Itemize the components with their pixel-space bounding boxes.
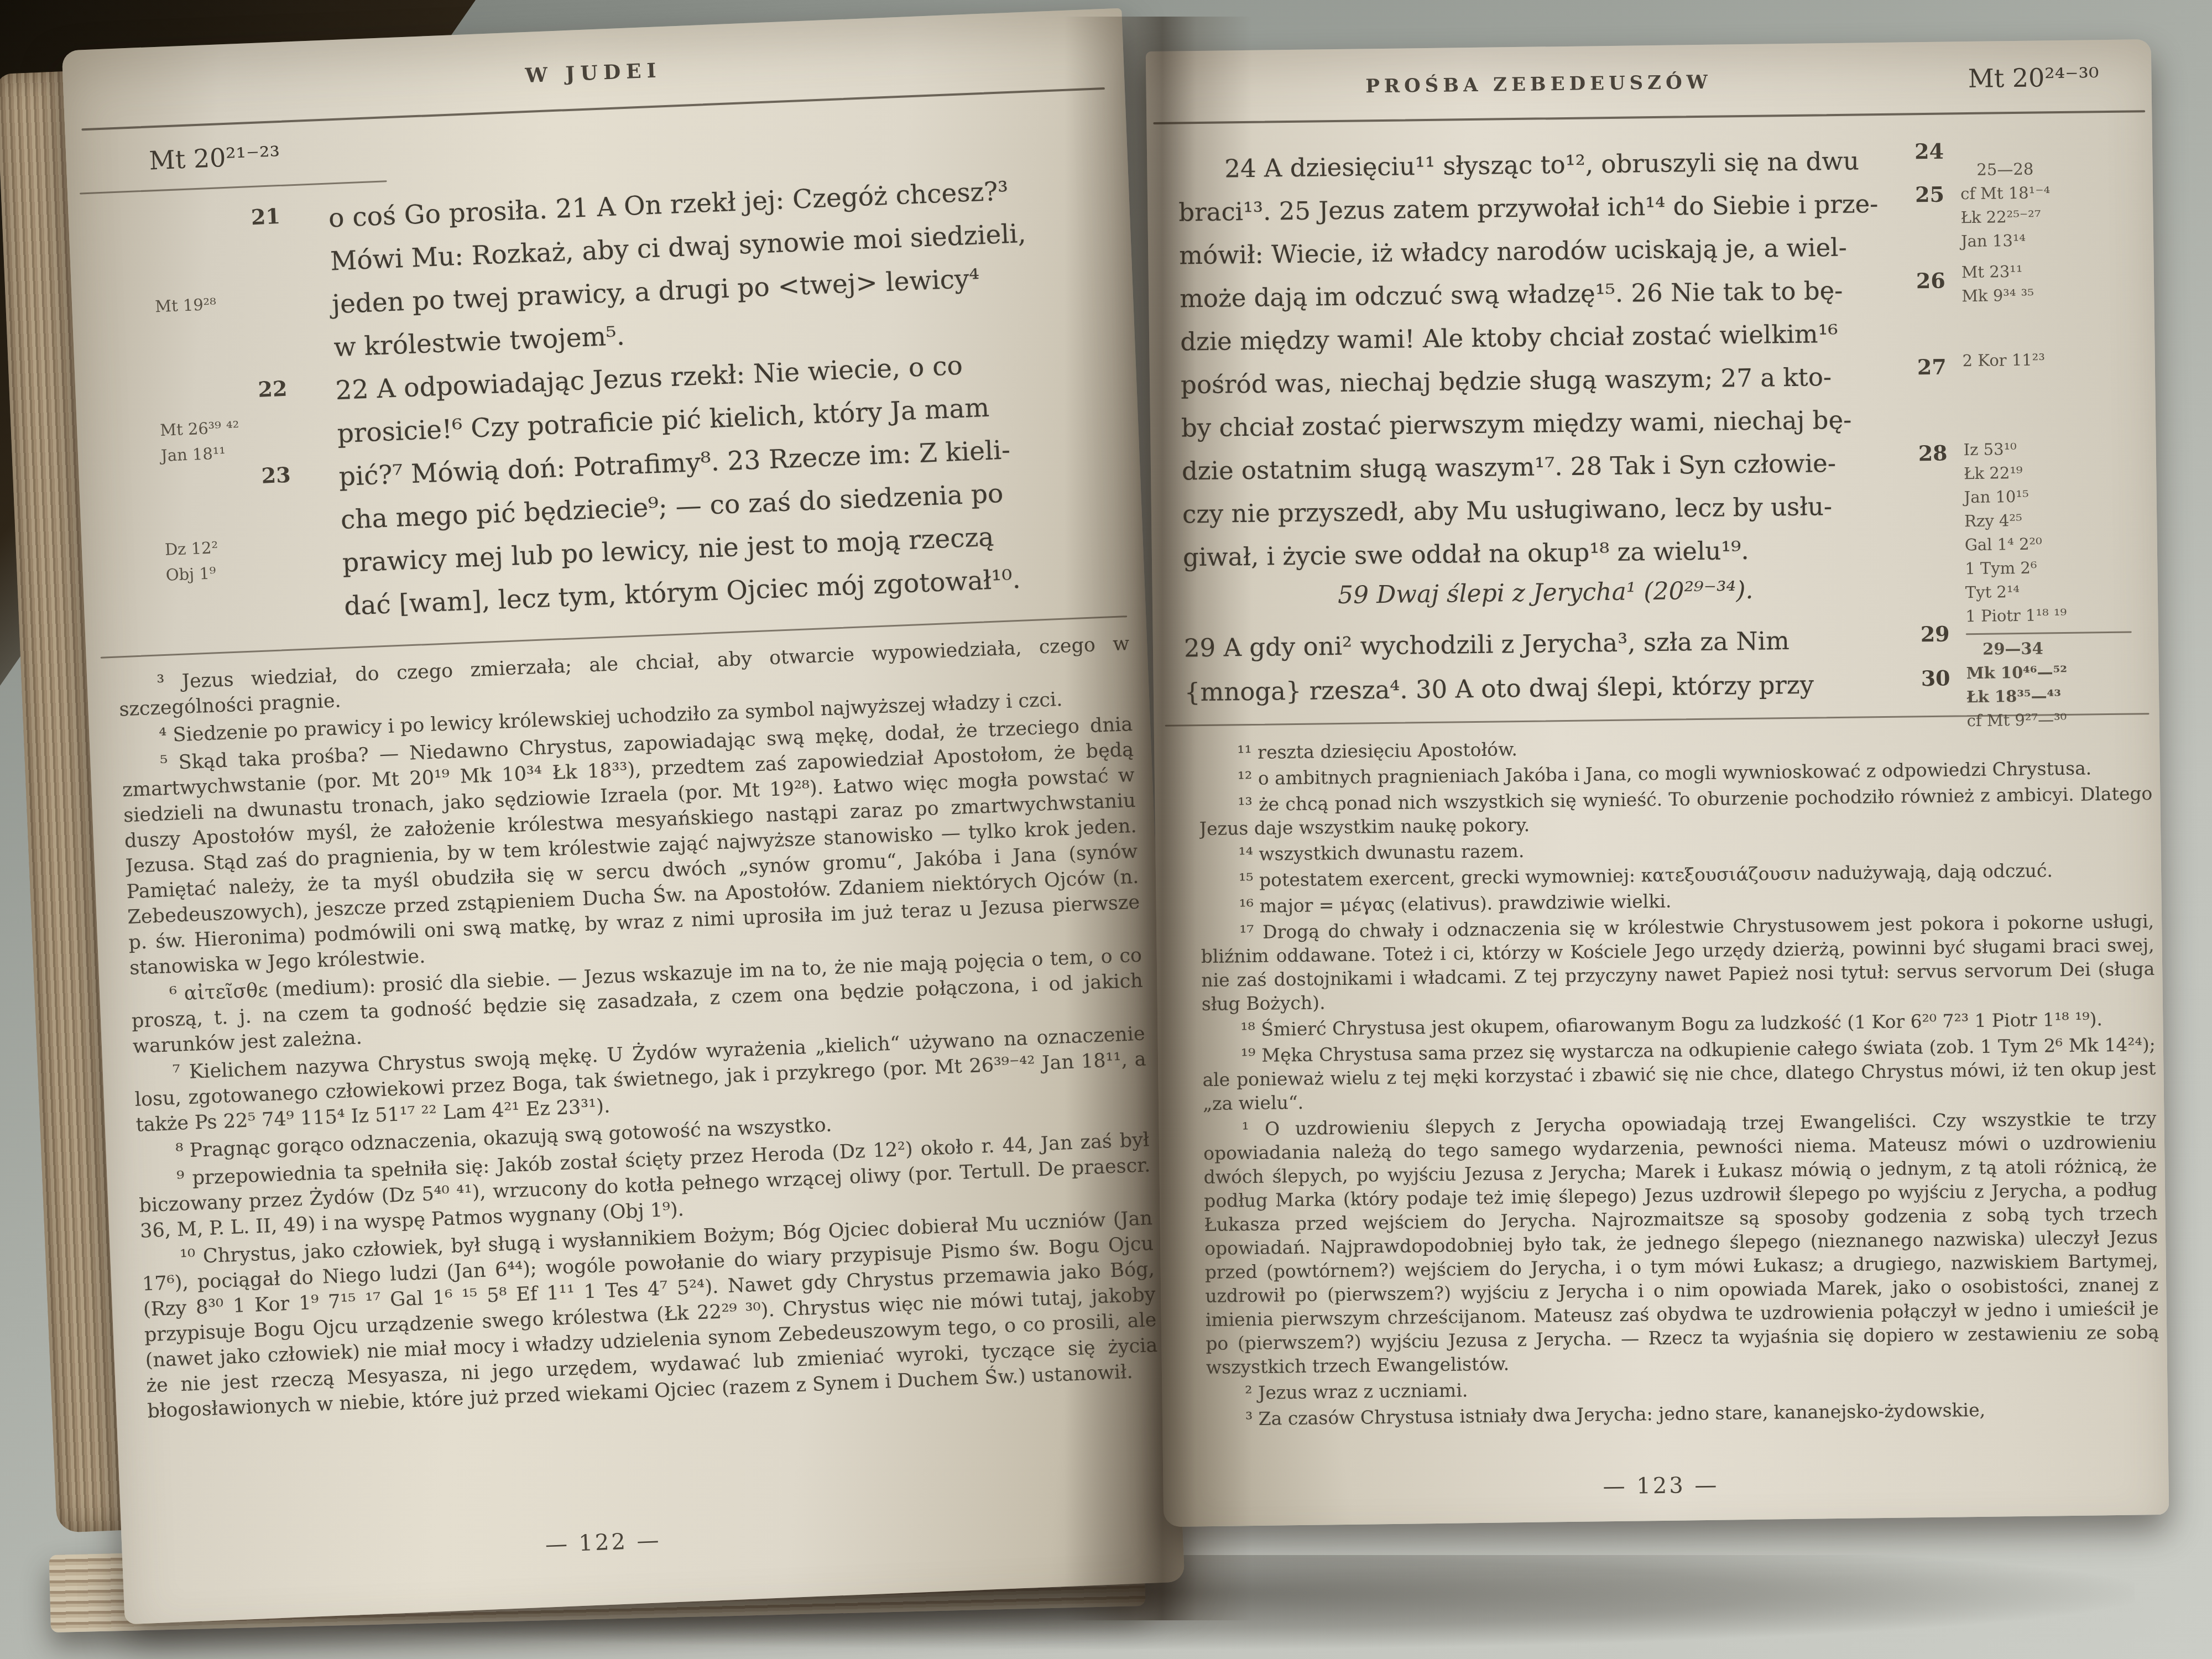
right-header-rule: [1153, 110, 2145, 124]
margin-ref-1tym2: 1 Tym 2⁶: [1965, 559, 2037, 578]
left-page-number: — 122 —: [382, 1521, 825, 1564]
margin-ref-jan10: Jan 10¹⁵: [1964, 487, 2029, 507]
left-verse-text: o coś Go prosiła. 21 A On rzekł jej: Cze…: [328, 166, 1130, 628]
margin-ref-mk10: Mk 10⁴⁶—⁵²: [1966, 662, 2067, 682]
margin-ref-rzy4: Rzy 4²⁵: [1964, 511, 2022, 530]
margin-verse-28: 28: [1918, 441, 1947, 466]
margin-ref-dz12: Dz 12²: [164, 538, 218, 559]
left-page: W JUDEI Mt 20²¹⁻²³ 21 Mt 19²⁸ 22 Mt 26³⁹…: [62, 8, 1185, 1625]
margin-ref-tyt2: Tyt 2¹⁴: [1965, 582, 2020, 602]
footnote-13: ¹³ że chcą ponad nich wszystkich się wyn…: [1199, 781, 2153, 841]
margin-ref-2kor11: 2 Kor 11²³: [1963, 350, 2046, 370]
margin-ref-mk9: Mk 9³⁴ ³⁵: [1961, 286, 2034, 306]
footnote-10: ¹⁰ Chrystus, jako człowiek, był sługą i …: [141, 1206, 1159, 1424]
margin-ref-jan18: Jan 18¹¹: [160, 444, 226, 465]
margin-ref-mt19: Mt 19²⁸: [155, 295, 217, 316]
margin-ref-cf-mt9: cf Mt 9²⁷—³⁰: [1966, 710, 2067, 730]
margin-ref-lk18: Łk 18³⁵—⁴³: [1966, 686, 2061, 706]
margin-ref-cf-mt18: cf Mt 18¹⁻⁴: [1960, 183, 2051, 203]
margin-ref-gal1: Gal 1⁴ 2²⁰: [1965, 534, 2042, 554]
left-margin-rule: [80, 180, 387, 194]
footnote-1: ¹ O uzdrowieniu ślepych z Jerycha opowia…: [1203, 1106, 2159, 1379]
right-page-number: — 123 —: [1439, 1470, 1882, 1501]
margin-ref-jan13: Jan 13¹⁴: [1961, 231, 2026, 251]
right-running-title: PROŚBA ZEBEDEUSZÓW: [1179, 69, 1898, 100]
left-running-title: W JUDEI: [63, 40, 1124, 106]
margin-ref-lk22-25: Łk 22²⁵⁻²⁷: [1960, 207, 2041, 227]
margin-ref-lk22-19: Łk 22¹⁹: [1964, 463, 2023, 483]
left-chapter-ref: Mt 20²¹⁻²³: [149, 140, 281, 175]
margin-verse-25: 25: [1915, 182, 1944, 207]
margin-verse-24: 24: [1914, 139, 1944, 164]
margin-verse-29: 29: [1920, 622, 1949, 647]
margin-group-rule: [1966, 632, 2132, 635]
right-verse-text: 24 A dziesięciu¹¹ słysząc to¹², obruszyl…: [1178, 139, 1907, 580]
margin-ref-25-28: 25—28: [1976, 160, 2033, 179]
margin-ref-obj1: Obj 1⁹: [165, 564, 216, 585]
footnote-5: ⁵ Skąd taka prośba? — Niedawno Chrystus,…: [121, 712, 1141, 981]
right-footnotes: ¹¹ reszta dziesięciu Apostołów. ¹² o amb…: [1198, 729, 2161, 1471]
margin-ref-iz53: Iz 53¹⁰: [1963, 440, 2017, 459]
margin-verse-21: 21: [251, 204, 281, 229]
margin-ref-29-34: 29—34: [1983, 639, 2043, 658]
margin-verse-22: 22: [258, 376, 288, 402]
footnote-19: ¹⁹ Męka Chrystusa sama przez się wystarc…: [1202, 1032, 2156, 1115]
section-heading-59: 59 Dwaj ślepi z Jerycha¹ (20²⁹⁻³⁴).: [1183, 574, 1908, 611]
right-page: PROŚBA ZEBEDEUSZÓW Mt 20²⁴⁻³⁰ 24 A dzies…: [1146, 39, 2169, 1527]
footnote-17: ¹⁷ Drogą do chwały i odznaczenia się w k…: [1201, 909, 2155, 1016]
margin-verse-30: 30: [1921, 666, 1950, 691]
right-chapter-ref: Mt 20²⁴⁻³⁰: [1968, 62, 2099, 93]
margin-ref-mt23: Mt 23¹¹: [1961, 262, 2023, 281]
left-footnotes: ³ Jezus wiedział, do czego zmierzała; al…: [118, 631, 1164, 1536]
book-photo: W JUDEI Mt 20²¹⁻²³ 21 Mt 19²⁸ 22 Mt 26³⁹…: [0, 0, 2212, 1659]
margin-ref-mt26: Mt 26³⁹ ⁴²: [160, 418, 239, 440]
margin-verse-23: 23: [261, 462, 291, 488]
margin-ref-1piotr1: 1 Piotr 1¹⁸ ¹⁹: [1965, 606, 2067, 625]
margin-verse-27: 27: [1917, 354, 1947, 380]
margin-verse-26: 26: [1916, 268, 1945, 294]
right-verse-text-29-30: 29 A gdy oni² wychodzili z Jerycha³, szł…: [1183, 617, 1909, 714]
